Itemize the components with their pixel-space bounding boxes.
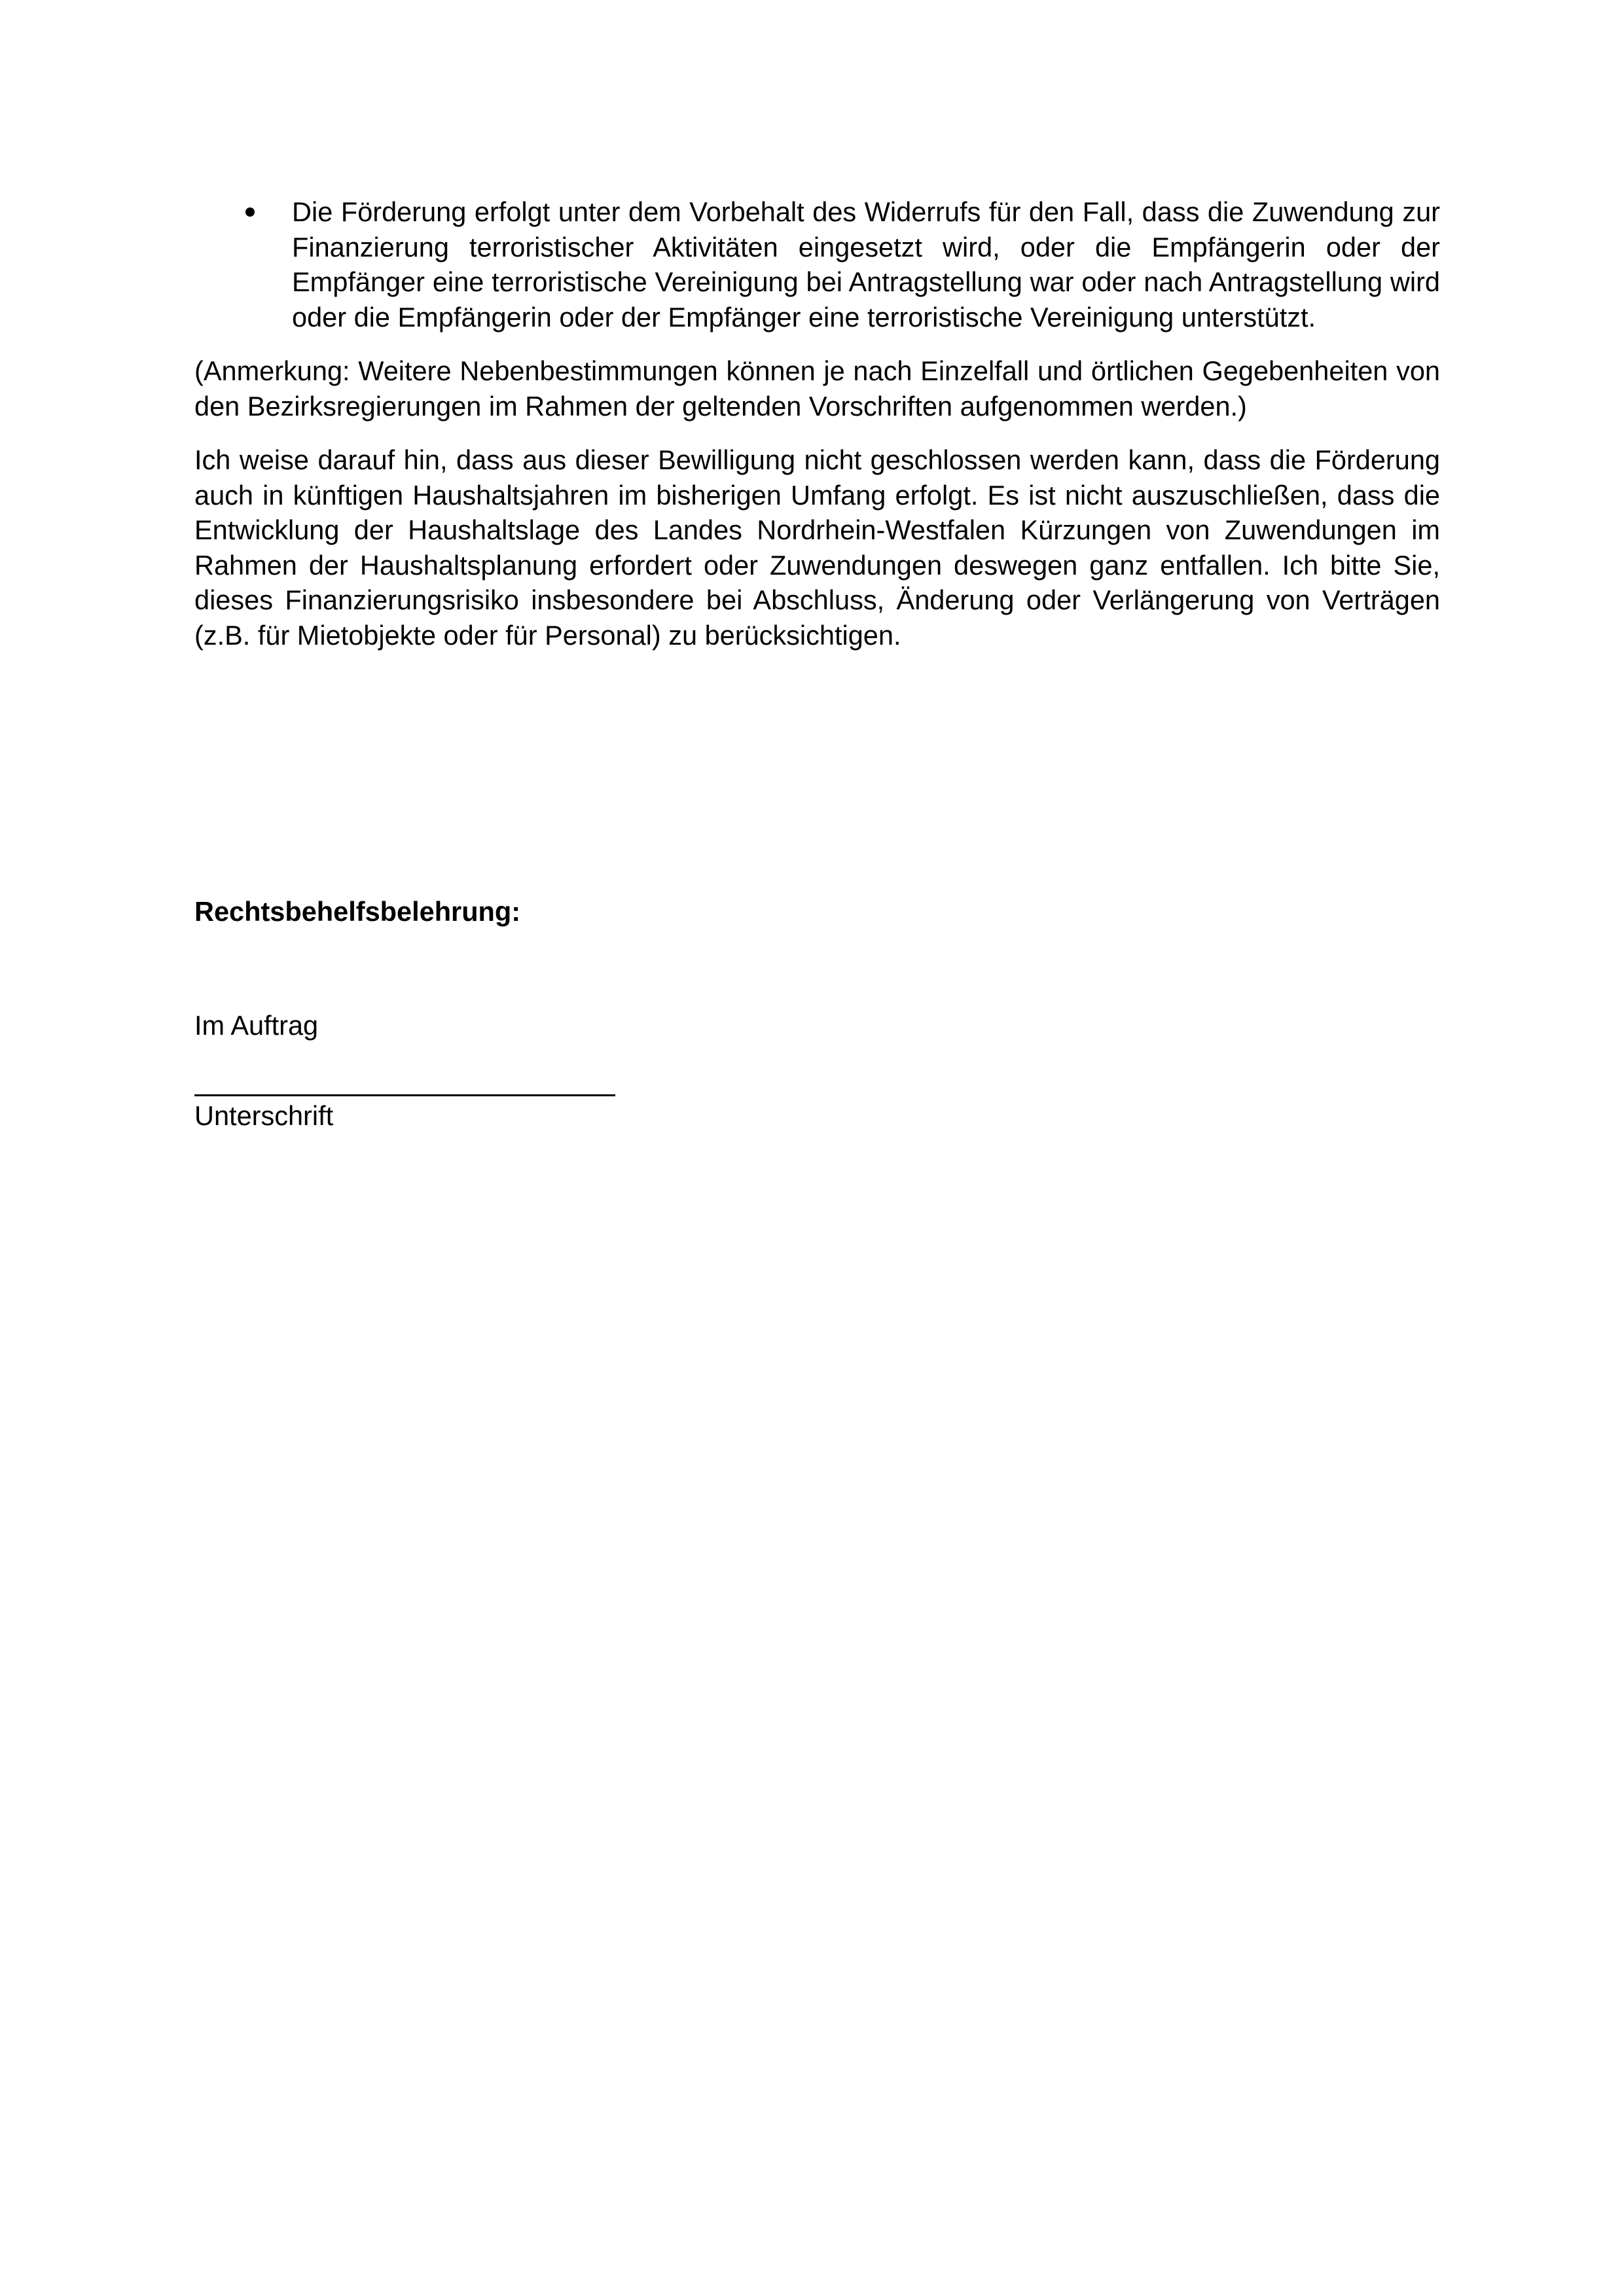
condition-text: Die Förderung erfolgt unter dem Vorbehal… xyxy=(292,194,1440,334)
signature-line xyxy=(194,1094,615,1096)
bullet-icon xyxy=(245,207,255,217)
legal-remedy-heading: Rechtsbehelfsbelehrung: xyxy=(194,894,520,929)
note-paragraph: (Anmerkung: Weitere Nebenbestimmungen kö… xyxy=(194,353,1440,423)
list-item: Die Förderung erfolgt unter dem Vorbehal… xyxy=(194,194,1440,334)
signature-label: Unterschrift xyxy=(194,1098,333,1133)
funding-risk-paragraph: Ich weise darauf hin, dass aus dieser Be… xyxy=(194,442,1440,653)
closing-phrase: Im Auftrag xyxy=(194,1008,318,1043)
conditions-list: Die Förderung erfolgt unter dem Vorbehal… xyxy=(194,194,1440,334)
document-body: Die Förderung erfolgt unter dem Vorbehal… xyxy=(194,194,1440,653)
